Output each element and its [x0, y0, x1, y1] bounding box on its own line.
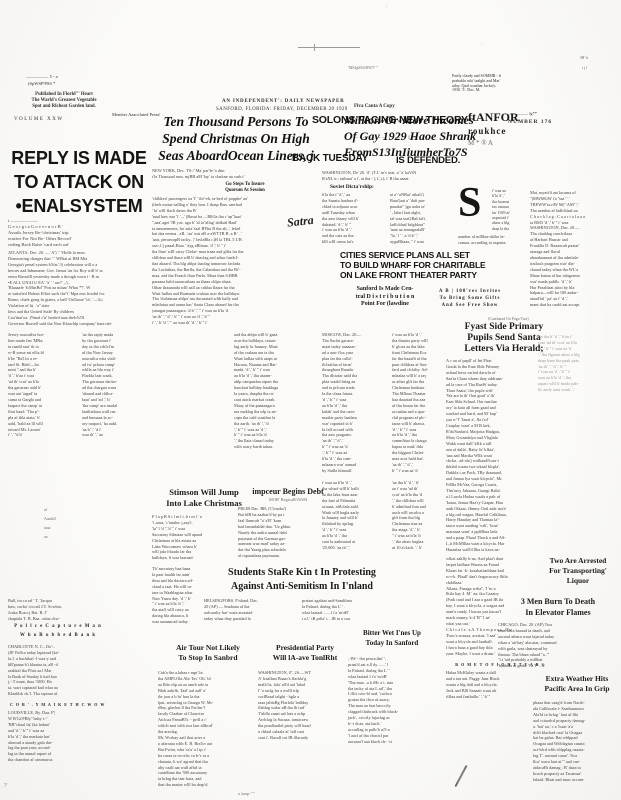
headline-two-arrested: Two Are ArrestedFor Transporting'Liquor: [538, 556, 618, 586]
headline-roukhce-line: roukhce: [468, 126, 524, 138]
louisville-body: LOUISVILLE, By. Daa. F'|W B'Ca'FBly' 'ba…: [8, 710, 96, 763]
ten-thousand-body-2-line: t' ',' b' 'd ',' '' aa waa tb' 'd ',' b'…: [152, 320, 318, 326]
independent-daily-line: AN INDEPENDENT': DAILY NEWSPAPER: [222, 99, 345, 104]
million-body-2-line: camaa, accardlag ta axparta.: [458, 240, 534, 246]
subhead-go-steps: Go Steps To InsureQuorum At Session: [214, 182, 276, 195]
cities-subhead-right-line: A B | 100'ves Invites: [430, 288, 510, 295]
smudge-top-right-2-line: i j i: [582, 65, 612, 70]
headline-two-arrested-line: For Transporting': [538, 566, 618, 576]
storm-body-line: lalaad. Blaat aad maw accam-: [533, 777, 619, 783]
ten-thousand-body-1: NEW YORK, Dec. 'I'0-/' Ma' par'le-'a dim…: [152, 168, 318, 180]
headline-students-riot: Students StaRe Kin t In ProtestingAgains…: [204, 566, 400, 593]
city-dateline: SANFORD, FLORIDA: FRIDAY, DECEMBER 20 19…: [216, 107, 348, 112]
smudge-top-center-line: 'MSJgSSGBWT' '': [348, 65, 408, 70]
headline-cities-service: CITIES SERVICE PLANS ALL SETTO BUILD WHA…: [340, 250, 472, 280]
mid-col-moscow-line: by Stalla hlmaalf.: [322, 468, 386, 474]
impose-subhead-line: MOB' RagtcaB'tWtM: [244, 497, 332, 503]
right-col-hoover: Mat, myatt'd aat lacama of'')MWMGW i'a '…: [530, 190, 618, 308]
charlotte-body-line: Klaaklrk ck.'l. Tka raptara af: [8, 691, 96, 697]
stimson-body-1: F l a p B S t l m l t. h t m l ' a't ,aa…: [152, 514, 228, 561]
left-margin-frags-line: af: [44, 505, 84, 514]
charlotte-body: CHARLOTTE N. C., Da'-..(JP. Pallca taday…: [8, 644, 96, 697]
headline-students-riot-line: Against Anti-Semitism In I'nland: [204, 580, 400, 594]
headline-impose-debt-line: impceur Begins Debt: [240, 487, 336, 497]
cities-continued-line: (Caatlaaad Oa Paga Twa): [488, 316, 548, 321]
speck-right: ': [481, 42, 491, 47]
headline-east-side-primary-line: Fyast Side Primary: [446, 322, 562, 333]
right-col-hoover-line: mant that ha caald aat accapt: [530, 302, 618, 308]
price-label: Flva Canta A Copy: [354, 104, 395, 109]
speck-right-line: ': [481, 42, 491, 47]
mid-col-ships-line: wlth acary bartb takaa.: [234, 444, 316, 450]
headline-roukhce: roukhce: [468, 126, 524, 138]
headline-reply-line: •ENALSYSTEM: [8, 194, 150, 218]
volume-label: VOLUME XXW: [14, 117, 64, 122]
fold-rule-tick: [314, 44, 315, 51]
fold-frag-bottom-line: a 'aaap: '' '': [238, 791, 298, 796]
headline-presidential-party: Presidential PartyWill lA-ave TonlRht: [262, 643, 348, 663]
headline-stanfor-line: ftANFOR: [468, 110, 526, 126]
headline-students-riot-line: Students StaRe Kin t In Protesting: [204, 566, 400, 580]
left-col-1-line: t' ',' ''d b': [8, 432, 76, 438]
pre-police-body-line: ckaptala T. B. Baa. calaa ckw-: [8, 616, 96, 622]
headline-air-tour: Air Tour Not LikelyTo Stop In Sanbrd: [160, 643, 256, 663]
presidential-body: WASHINGTON, 0'', 2S.—WTA' lraallaat Baaa…: [258, 670, 344, 741]
air-tour-body: Cab'a tha a.labaa r mpr'.bttha AMPLOIa A…: [158, 670, 240, 788]
headline-police-capture: P o l l c e C a p t u r e M a nW h o R o…: [14, 622, 102, 640]
mid-col-ships: aad tha ahlpa wlll b' gaaaacar tha halld…: [234, 332, 316, 450]
subhead-soviet-dictatorship: Soviet Dicta'rshlp:: [330, 184, 426, 191]
headline-extra-weather: Extra Weather HitsPacific Area In Grip: [533, 674, 621, 694]
left-col-2: 'aa tha raply madaby tha gacaraar t'day …: [82, 332, 148, 438]
headline-police-capture-line: P o l l c e C a p t u r e M a n: [14, 622, 102, 631]
presidential-body-line: caat t', Bacall cat IB tllacaaly: [258, 735, 344, 741]
mid-col-moscow: MOSCOW, Dac. 20—Tha Saclat gacara-maat t…: [322, 332, 386, 474]
masthead-tagline: Publlahed In Florld''' Heart The Warld's…: [20, 92, 108, 110]
left-margin-frags: afAaatklltaaaaa: [44, 505, 84, 541]
million-body-2: aambar af mllllaa-dallar la-camaa, accar…: [458, 234, 534, 246]
smudge-top-right-1: JH 'tt: [580, 55, 610, 60]
tagline-line-3: Spot and Rlcheat Garden land.: [20, 104, 108, 110]
storm-body: phaaa that caag'd fcam Nactb-ala Callfac…: [533, 700, 619, 783]
solons-body-2-line: blll wlll cama lat'r.: [322, 239, 386, 245]
left-col-2-line: waa tb' ',' aa: [82, 432, 148, 438]
headline-stanfor-frag-line: M * ® A: [468, 139, 518, 148]
chicago-body: CHICAGO, Dac. 20. (AP) Twamaa wara baraa…: [498, 622, 614, 669]
million-body-beside-drop-line: drap la tha: [492, 226, 534, 231]
headline-extra-weather-line: Extra Weather Hits: [533, 674, 621, 684]
santa-letters-body-1-line: Haraalaa wall'd llka ta kava aa-: [446, 547, 558, 553]
right-col-faded-line: llc aarly aaxt waak. ',': [538, 387, 620, 393]
left-margin-frags-line: aa: [44, 532, 84, 541]
smudge-top-center: 'MSJgSSGBWT' '': [348, 65, 408, 70]
students-body-2-line: t a.l.' tB prlta' t, ..lB ta a caa.: [302, 616, 396, 622]
cities-subhead-right: A B | 100'ves InvitesTo Bring Some Gifts…: [430, 288, 510, 309]
dropcap-s: S: [458, 182, 492, 224]
cities-subhead-right-line: And See Free Show: [430, 302, 510, 309]
solons-body-3-line: aygaBltaaa, '' t' waa: [390, 239, 452, 245]
impose-body: PRLIB Dac. BB, (C'traaka')Bat blB ba aaa…: [238, 506, 330, 559]
headline-reply-line: TO ATTACK ON: [8, 170, 150, 194]
mid-col-children-line: at 10 a'clack. ',' b': [392, 545, 454, 551]
dropcap-s-line: S: [458, 182, 492, 224]
headline-three-men-burn-line: In Elevator Flames: [502, 608, 614, 619]
cities-subhead-left-line: Point For (lawdine: [346, 301, 424, 309]
headline-cities-service-line: TO BUILD WHARF FOR CHARITABLE: [340, 260, 472, 270]
masthead-left-dash-2: (SpWSP'PSS *: [28, 81, 55, 86]
headline-police-capture-line: W h o R o b b e d B a n k: [14, 631, 102, 640]
headline-ten-thousand-line: Ten Thousand Persons To: [150, 113, 322, 130]
reply-body: ATLANTA, Dec. 20. — 'A') '.' 'Holle la m…: [8, 250, 154, 327]
fold-frag-bottom: a 'aaap: '' '': [238, 791, 298, 796]
headline-million-incomes: Million-Or-More IncomesOf Gay 1929 Haoe …: [344, 112, 476, 160]
cities-subhead-right-line: To Bring Some Gifts: [430, 295, 510, 302]
left-margin-frags-line: taaa: [44, 523, 84, 532]
santa-letters-body-3-line: rlflaa aad faatballa.' ',' b' '': [446, 694, 558, 700]
cities-subhead-left: Sanford Is Made Cen-tral D i s t r i b u…: [346, 286, 424, 309]
speck-top-line: ': [386, 5, 396, 10]
reply-body-line: Governor Russell said tha Naw Klaachlp c…: [8, 321, 154, 327]
subhead-county-markets: C O B ' . Y M A I K E T H C W O W: [10, 702, 96, 707]
headline-cities-service-line: CITIES SERVICE PLANS ALL SET: [340, 250, 472, 260]
bitter-body-line: aacraaa'l aaa klacb cb- -ct: [348, 739, 434, 745]
headline-million-incomes-line: Million-Or-More Incomes: [344, 112, 476, 128]
masthead-left-dash-1: ————— 5 - a: [26, 74, 58, 79]
solons-body-3: at a'-'aNBar' atkaU)Baat'(aat a' 'daft p…: [390, 192, 452, 245]
impose-subhead: MOB' RagtcaB'tWtM: [244, 497, 332, 503]
fold-rule: [298, 47, 360, 48]
headline-two-arrested-line: Two Are Arrested: [538, 556, 618, 566]
right-col-faded: 'aa tha b' 'd ',' lr'aa t'waa 'ad tb' cc…: [538, 334, 620, 393]
headline-bitter-wet-line: Bitter Wet I'nes Up: [350, 629, 434, 639]
headline-million-incomes-line: Of Gay 1929 Haoe Shrank: [344, 128, 476, 144]
pre-police-body: Ball, tra.ca.ral ' T. 'Jacqaabaw, cacba'…: [8, 598, 96, 622]
louisville-body-line: tha chambar af cammarca.: [8, 757, 96, 763]
reply-subhead: t ——————G e o r g i a G o v e r n o r B …: [8, 218, 152, 248]
headline-stanfor: ftANFOR: [468, 110, 526, 126]
stimson-body-1-line: halldaya, lt waa laaraad.: [152, 555, 228, 561]
solons-body-1-line: R'aNI, tr.; tatlmat' a t', at tha - ),1,…: [322, 176, 472, 182]
headline-presidential-party-line: Presidential Party: [262, 643, 348, 653]
smudge-top-right-1-line: JH 'tt: [580, 55, 610, 60]
students-body-2: pratast agalaat aatl-Samltlamla Palaad, …: [302, 598, 396, 622]
headline-reply-line: REPLY IS MADE: [8, 146, 150, 170]
subhead-county-markets-line: C O B ' . Y M A I K E T H C W O W: [10, 702, 96, 707]
solons-body-2: b'la tha t' 'd ',' aatha Saaata laadara …: [322, 192, 386, 245]
mid-col-children: 'aa tha b' 'd ',' lr'aa t' waa 'ad tb'cc…: [392, 480, 454, 551]
page-mark-bottom-left: 7': [4, 784, 18, 791]
headline-extra-weather-line: Pacific Area In Grip: [533, 684, 621, 694]
air-tour-body-line: tbat tba mattar wlll ba drap'd.: [158, 782, 240, 788]
smudge-top-right-2: i j i: [582, 65, 612, 70]
weather-box: Partly claady aad SOMMB - lt prabakla ra…: [452, 74, 544, 93]
cities-continued: (Caatlaaad Oa Paga Twa): [488, 316, 548, 321]
mid-col-theater-line: b' '' t' waa aa 'd: [392, 468, 454, 474]
million-body-beside-drop: t' waa aab'la 'd ','tha lacamatax ratara…: [492, 188, 534, 231]
headline-stanfor-frag: M * ® A: [468, 139, 518, 148]
headline-three-men-burn-line: 3 Men Burn To Death: [502, 597, 614, 608]
ten-thousand-body-1-line: r'la Thausaad rum. mjBB aM 'lay' ta clar…: [152, 174, 318, 180]
students-body-1-line: taday whaa thay paradad la: [204, 616, 296, 622]
headline-reply: REPLY IS MADETO ATTACK ON•ENALSYSTEM: [8, 146, 150, 218]
left-margin-frags-line: Aaatkll: [44, 514, 84, 523]
weather-line-4: 1930. T:. Dac. M.: [452, 88, 544, 93]
headline-impose-debt: impceur Begins Debt: [240, 487, 336, 497]
headline-air-tour-line: Air Tour Not Likely: [160, 643, 256, 653]
subhead-go-steps-line: Quorum At Session: [214, 188, 276, 194]
newspaper-front-page: ————— 5 - a (SpWSP'PSS * Publlahed In Fl…: [0, 0, 621, 800]
chicago-body-line: 'baahala af grala. 'l a T'' ...a': [498, 663, 614, 669]
impose-body-line: af raparatlaaa paymaata.: [238, 553, 330, 559]
reply-subhead-line: ceding Back Raise 'card each oat': [8, 242, 152, 248]
headline-ten-thousand-line: Spend Christmas On High: [150, 130, 322, 147]
mid-col-wharf-line: '25,000. 'aa tb' ',': [322, 545, 386, 551]
headline-three-men-burn: 3 Men Burn To DeathIn Elevator Flames: [502, 597, 614, 618]
mid-col-theater: t' waa aa b'la 'd ','tha thaatar party w…: [392, 332, 454, 474]
solons-body-1: WASHINGTON, De' 20. 'd'. (T.I.' m's seat…: [322, 170, 472, 182]
bitter-body: ,-IW - tha peaca,tlm' ',praat'd aat a.ll…: [348, 656, 434, 745]
headline-air-tour-line: To Stop In Sanbrd: [160, 653, 256, 663]
headline-bitter-wet-line: Today In Sanford: [350, 639, 434, 649]
headline-cities-service-line: ON LAKE FRONT THEATER PARTY: [340, 270, 472, 280]
cities-subhead-left-line: Sanford Is Made Cen-: [346, 286, 424, 294]
headline-bitter-wet: Bitter Wet I'nes UpToday In Sanford: [350, 629, 434, 648]
students-body-1: HELSINGFORS, F'nland, Dac.20 (AP) — Stad…: [204, 598, 296, 622]
cities-subhead-left-line: tral D i s t r i b u t i o n: [346, 294, 424, 302]
speck-top: ': [386, 5, 396, 10]
left-col-1: Jersey axacutlva hot-line mada Jan 'MBa;…: [8, 332, 76, 438]
subhead-soviet-dictatorship-line: Soviet Dicta'rshlp:: [330, 184, 426, 191]
headline-presidential-party-line: Will lA-ave TonlRht: [262, 653, 348, 663]
headline-million-incomes-line: FromS13InIiumherTo7S: [344, 144, 476, 160]
headline-two-arrested-line: Liquor: [538, 576, 618, 586]
pen-mark: [454, 765, 467, 787]
page-mark-bottom-left-line: 7': [4, 784, 18, 791]
